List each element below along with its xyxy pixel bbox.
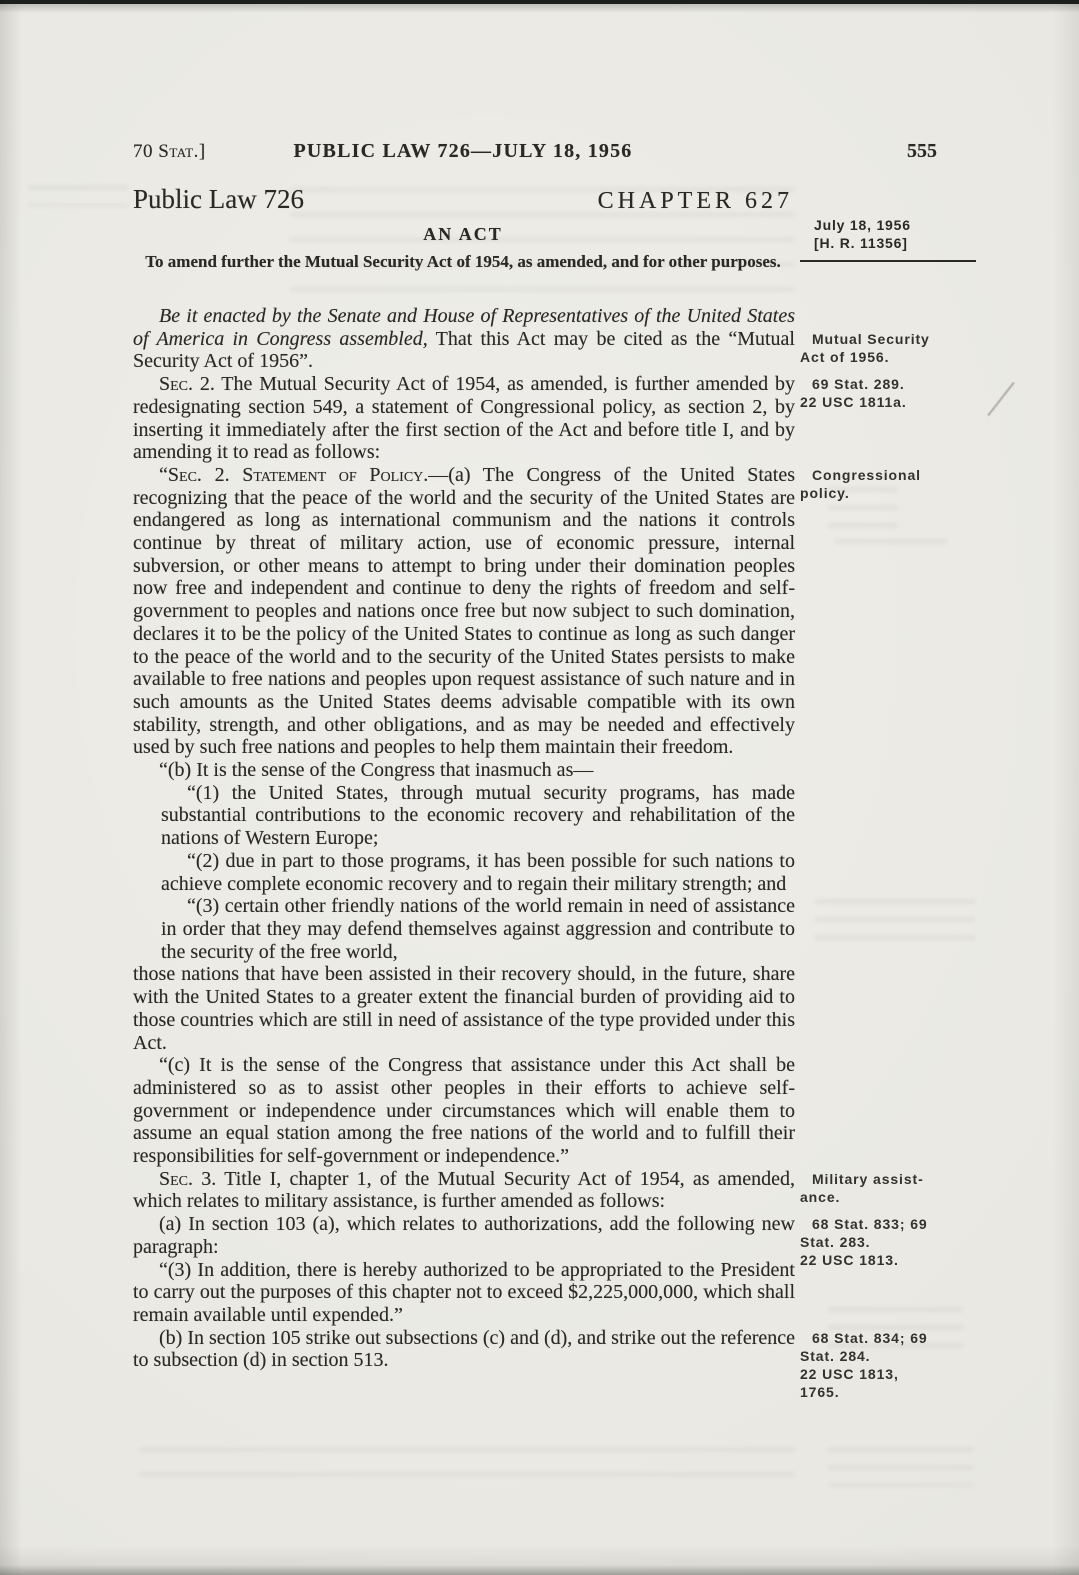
margin-note: Mutual SecurityAct of 1956.	[800, 330, 972, 366]
running-head-title: PUBLIC LAW 726—JULY 18, 1956	[133, 140, 793, 163]
margin-note: 68 Stat. 833; 69Stat. 283.22 USC 1813.	[800, 1215, 972, 1269]
bleed-through-artifact	[815, 900, 975, 952]
margin-note: Military assist-ance.	[800, 1170, 972, 1206]
text-run: “(3) certain other friendly nations of t…	[161, 895, 795, 962]
text-run: “(2) due in part to those programs, it h…	[161, 850, 795, 895]
margin-note-line: Mutual Security	[800, 330, 972, 348]
margin-note-line: 22 USC 1811a.	[800, 393, 972, 411]
text-run: Sec. 2. Statement of Policy.	[168, 464, 428, 486]
date-note: July 18, 1956 [H. R. 11356]	[800, 216, 976, 262]
margin-note: 69 Stat. 289.22 USC 1811a.	[800, 375, 972, 411]
body-paragraph: Sec. 2. The Mutual Security Act of 1954,…	[133, 373, 795, 464]
page-number: 555	[907, 140, 937, 163]
body-paragraph: Sec. 3. Title I, chapter 1, of the Mutua…	[133, 1168, 795, 1213]
bleed-through-artifact	[828, 1448, 973, 1486]
public-law-number: Public Law 726	[133, 184, 304, 215]
scan-bottom-shadow	[0, 1565, 1079, 1575]
text-run: Sec. 2.	[159, 373, 215, 395]
scan-top-shadow	[0, 4, 1079, 13]
text-run: those nations that have been assisted in…	[133, 963, 795, 1053]
margin-note-line: 69 Stat. 289.	[800, 375, 972, 393]
bleed-through-artifact	[828, 488, 898, 530]
an-act-heading: AN ACT	[133, 224, 793, 245]
text-run: “(1) the United States, through mutual s…	[161, 782, 795, 849]
margin-note-line: 1765.	[800, 1383, 972, 1401]
text-run: The Mutual Security Act of 1954, as amen…	[133, 373, 795, 463]
body-paragraph: “(c) It is the sense of the Congress tha…	[133, 1054, 795, 1168]
date-note-bill-number: [H. R. 11356]	[814, 234, 976, 252]
margin-note-line: 22 USC 1813,	[800, 1365, 972, 1383]
text-run: “	[159, 464, 168, 486]
bleed-through-artifact	[835, 540, 947, 556]
text-run: “(b) It is the sense of the Congress tha…	[159, 759, 593, 781]
body-column: Be it enacted by the Senate and House of…	[133, 305, 795, 1372]
margin-note-line: Congressional	[800, 466, 972, 484]
text-run: “(3) In addition, there is hereby author…	[133, 1259, 795, 1326]
margin-note-line: 22 USC 1813.	[800, 1251, 972, 1269]
body-paragraph: (b) In section 105 strike out subsection…	[133, 1327, 795, 1372]
chapter-number: CHAPTER 627	[598, 188, 793, 215]
body-paragraph: “(b) It is the sense of the Congress tha…	[133, 759, 795, 782]
body-paragraph: Be it enacted by the Senate and House of…	[133, 305, 795, 373]
body-paragraph: (a) In section 103 (a), which relates to…	[133, 1213, 795, 1258]
margin-note-line: Act of 1956.	[800, 348, 972, 366]
margin-note-line: 68 Stat. 833; 69	[800, 1215, 972, 1233]
act-purpose: To amend further the Mutual Security Act…	[123, 250, 803, 273]
body-paragraph: “Sec. 2. Statement of Policy.—(a) The Co…	[133, 464, 795, 759]
body-paragraph: “(2) due in part to those programs, it h…	[161, 850, 795, 895]
bleed-through-artifact	[140, 1448, 795, 1494]
text-run: Sec. 3.	[159, 1168, 216, 1190]
bleed-through-artifact	[828, 1308, 963, 1350]
bleed-through-artifact	[28, 186, 128, 206]
margin-note-line: Military assist-	[800, 1170, 972, 1188]
body-paragraph: those nations that have been assisted in…	[133, 963, 795, 1054]
statute-page: 70 Stat.] PUBLIC LAW 726—JULY 18, 1956 5…	[0, 0, 1079, 1575]
body-paragraph: “(3) In addition, there is hereby author…	[133, 1259, 795, 1327]
text-run: “(c) It is the sense of the Congress tha…	[133, 1054, 795, 1167]
text-run: (b) In section 105 strike out subsection…	[133, 1327, 795, 1372]
margin-note-line: ance.	[800, 1188, 972, 1206]
date-note-date: July 18, 1956	[814, 216, 976, 234]
body-paragraph: “(3) certain other friendly nations of t…	[161, 895, 795, 963]
text-run: —(a) The Congress of the United States r…	[133, 464, 795, 758]
body-paragraph: “(1) the United States, through mutual s…	[161, 782, 795, 850]
text-run: Title I, chapter 1, of the Mutual Securi…	[133, 1168, 795, 1213]
margin-note-line: Stat. 283.	[800, 1233, 972, 1251]
scan-scratch-artifact	[987, 382, 1014, 416]
text-run: (a) In section 103 (a), which relates to…	[133, 1213, 795, 1258]
